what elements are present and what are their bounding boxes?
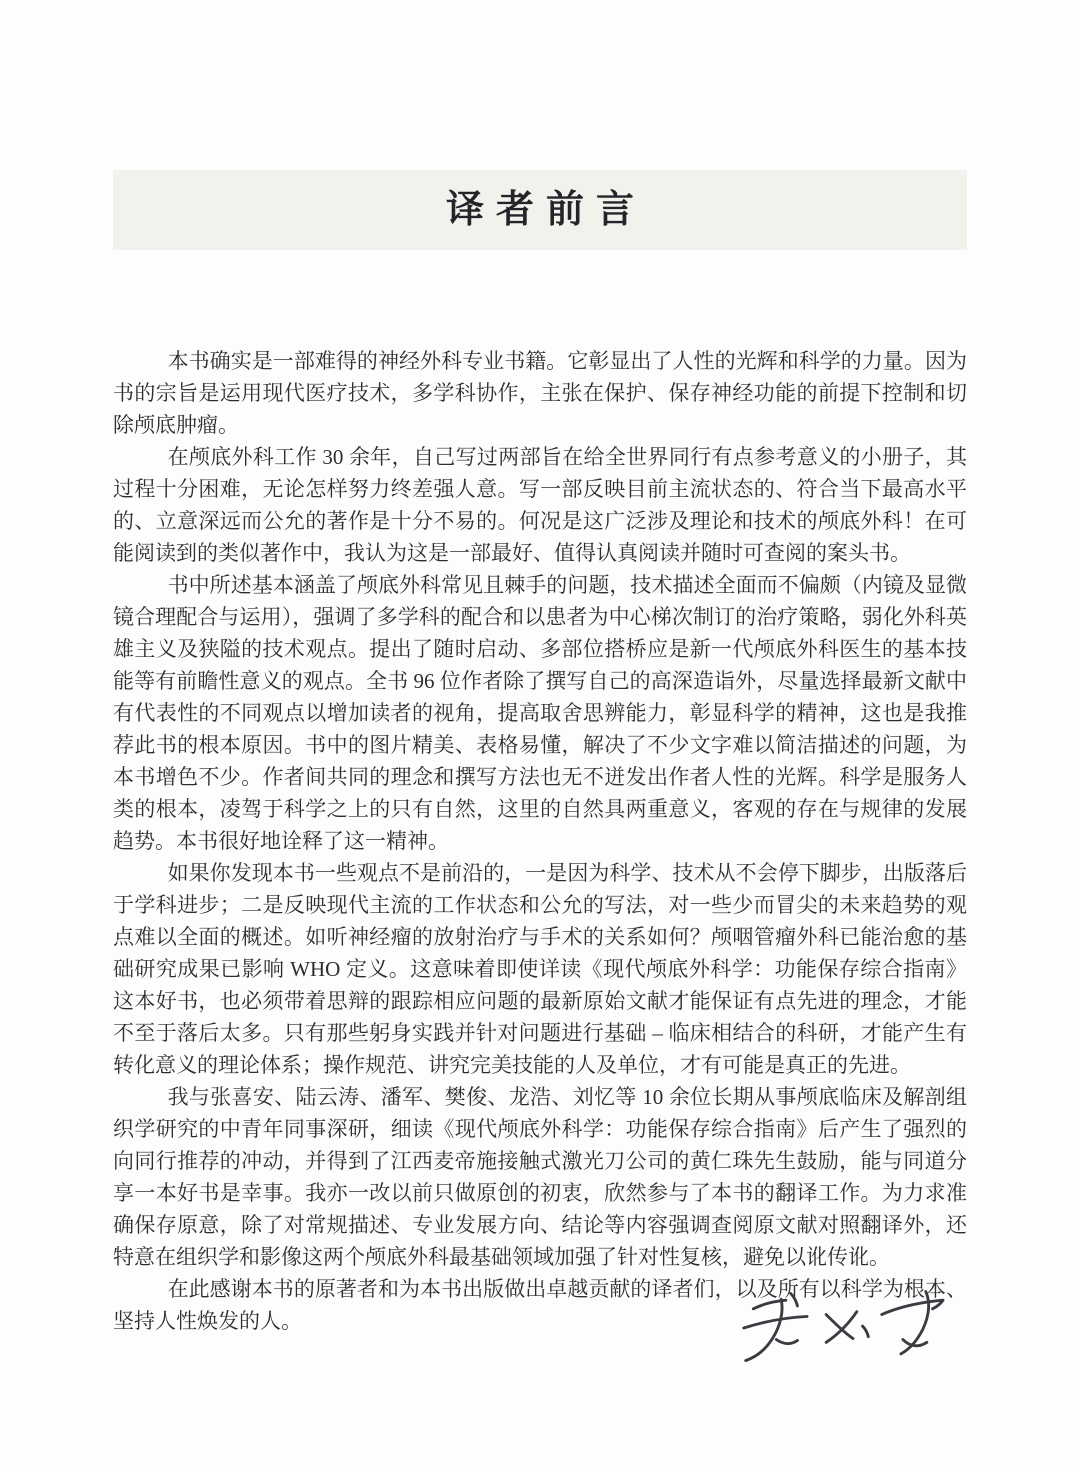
preface-page: 译者前言 本书确实是一部难得的神经外科专业书籍。它彰显出了人性的光辉和科学的力量… [0, 0, 1080, 1466]
paragraph: 本书确实是一部难得的神经外科专业书籍。它彰显出了人性的光辉和科学的力量。因为书的… [113, 345, 967, 441]
title-banner: 译者前言 [113, 170, 967, 250]
translator-signature [735, 1278, 970, 1378]
preface-body: 本书确实是一部难得的神经外科专业书籍。它彰显出了人性的光辉和科学的力量。因为书的… [113, 345, 967, 1337]
paragraph: 我与张喜安、陆云涛、潘军、樊俊、龙浩、刘忆等 10 余位长期从事颅底临床及解剖组… [113, 1081, 967, 1273]
paragraph: 书中所述基本涵盖了颅底外科常见且棘手的问题，技术描述全面而不偏颇（内镜及显微镜合… [113, 569, 967, 857]
paragraph: 如果你发现本书一些观点不是前沿的，一是因为科学、技术从不会停下脚步，出版落后于学… [113, 857, 967, 1081]
signature-handwriting-icon [738, 1280, 968, 1376]
page-title: 译者前言 [434, 191, 646, 229]
paragraph: 在颅底外科工作 30 余年，自己写过两部旨在给全世界同行有点参考意义的小册子，其… [113, 441, 967, 569]
